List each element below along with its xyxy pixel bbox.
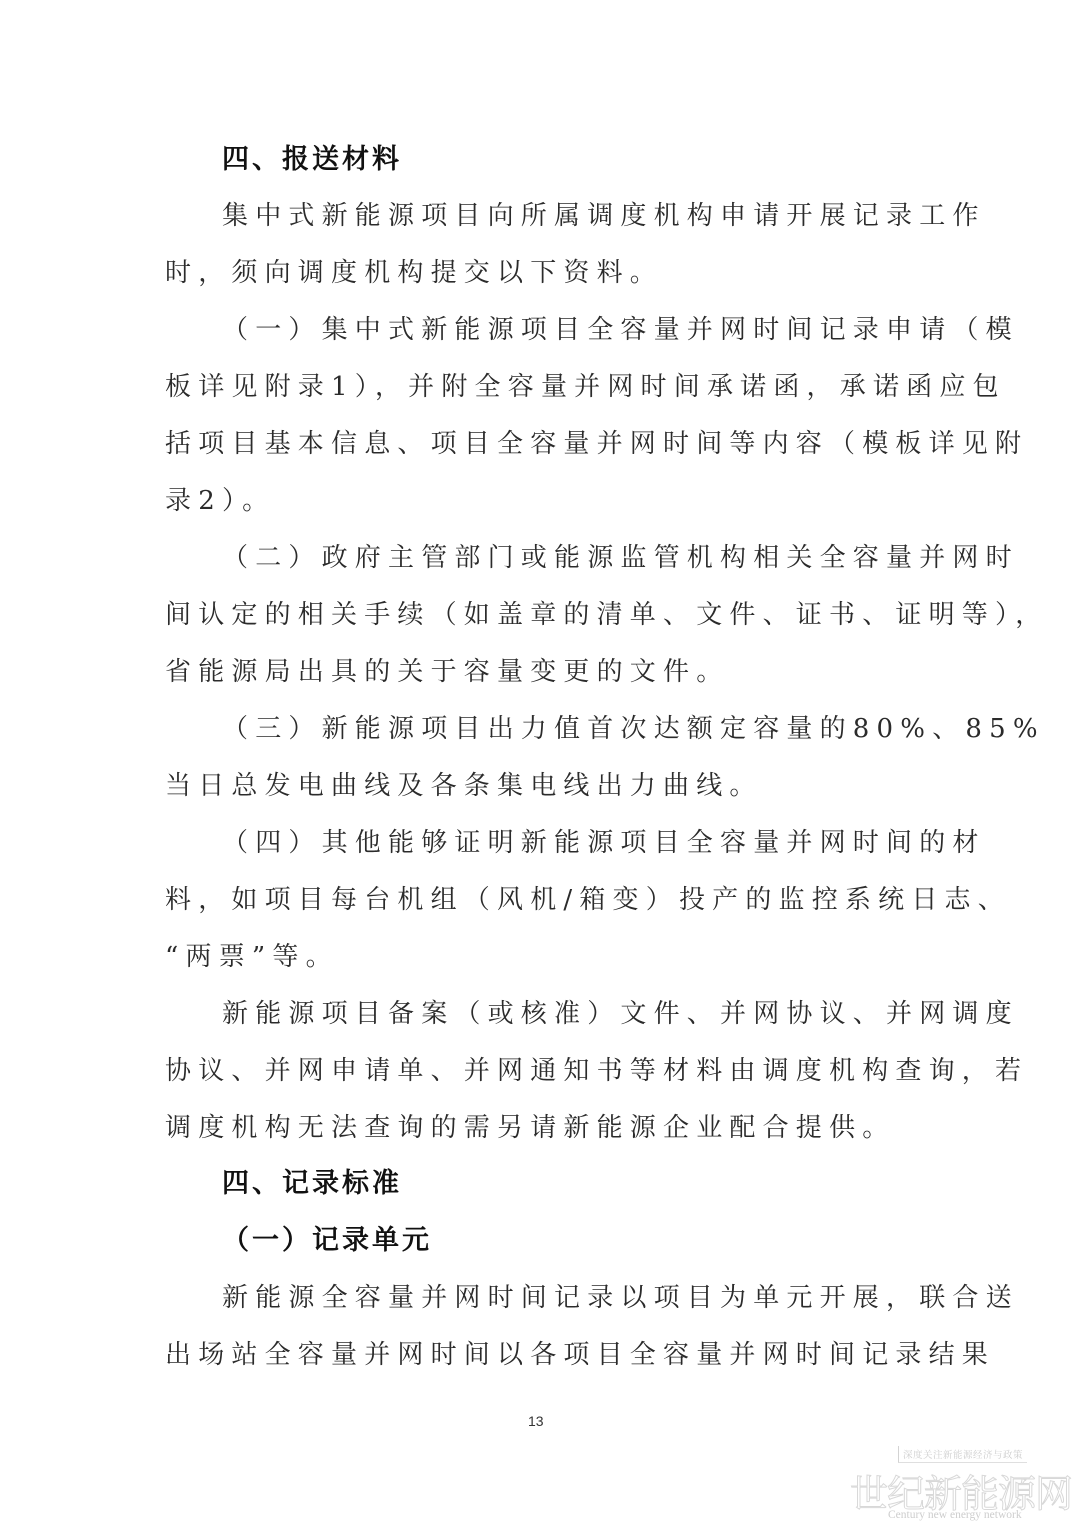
paragraph-line: 协议、并网申请单、并网通知书等材料由调度机构查询，若 <box>165 1054 917 1088</box>
paragraph-line: 新能源全容量并网时间记录以项目为单元开展，联合送 <box>222 1281 974 1315</box>
paragraph-line: （三）新能源项目出力值首次达额定容量的80%、85% <box>222 712 974 746</box>
paragraph-line: （一）集中式新能源项目全容量并网时间记录申请（模 <box>222 313 974 347</box>
paragraph-line: 省能源局出具的关于容量变更的文件。 <box>165 655 917 689</box>
paragraph-line: 间认定的相关手续（如盖章的清单、文件、证书、证明等）， <box>165 598 917 632</box>
section-heading: 四、记录标准 <box>222 1167 974 1201</box>
paragraph-line: “两票”等。 <box>165 940 917 974</box>
paragraph-line: 括项目基本信息、项目全容量并网时间等内容（模板详见附 <box>165 427 917 461</box>
document-page: 四、报送材料集中式新能源项目向所属调度机构申请开展记录工作时，须向调度机构提交以… <box>0 0 1080 1527</box>
paragraph-line: 料，如项目每台机组（风机/箱变）投产的监控系统日志、 <box>165 883 917 917</box>
watermark-tagline: 深度关注新能源经济与政策 <box>898 1446 1027 1463</box>
paragraph-line: 当日总发电曲线及各条集电线出力曲线。 <box>165 769 917 803</box>
watermark-subtitle: Century new energy network <box>888 1509 1022 1521</box>
paragraph-line: 录2）。 <box>165 484 917 518</box>
section-heading: 四、报送材料 <box>222 143 974 177</box>
paragraph-line: 调度机构无法查询的需另请新能源企业配合提供。 <box>165 1111 917 1145</box>
paragraph-line: 时，须向调度机构提交以下资料。 <box>165 256 917 290</box>
page-number: 13 <box>528 1413 544 1429</box>
paragraph-line: （二）政府主管部门或能源监管机构相关全容量并网时 <box>222 541 974 575</box>
paragraph-line: 新能源项目备案（或核准）文件、并网协议、并网调度 <box>222 997 974 1031</box>
watermark-logo: 深度关注新能源经济与政策 世纪新能源网 Century new energy n… <box>850 1445 1075 1525</box>
paragraph-line: 板详见附录1），并附全容量并网时间承诺函，承诺函应包 <box>165 370 917 404</box>
section-heading: （一）记录单元 <box>222 1224 974 1258</box>
paragraph-line: （四）其他能够证明新能源项目全容量并网时间的材 <box>222 826 974 860</box>
paragraph-line: 出场站全容量并网时间以各项目全容量并网时间记录结果 <box>165 1338 917 1372</box>
paragraph-line: 集中式新能源项目向所属调度机构申请开展记录工作 <box>222 199 974 233</box>
